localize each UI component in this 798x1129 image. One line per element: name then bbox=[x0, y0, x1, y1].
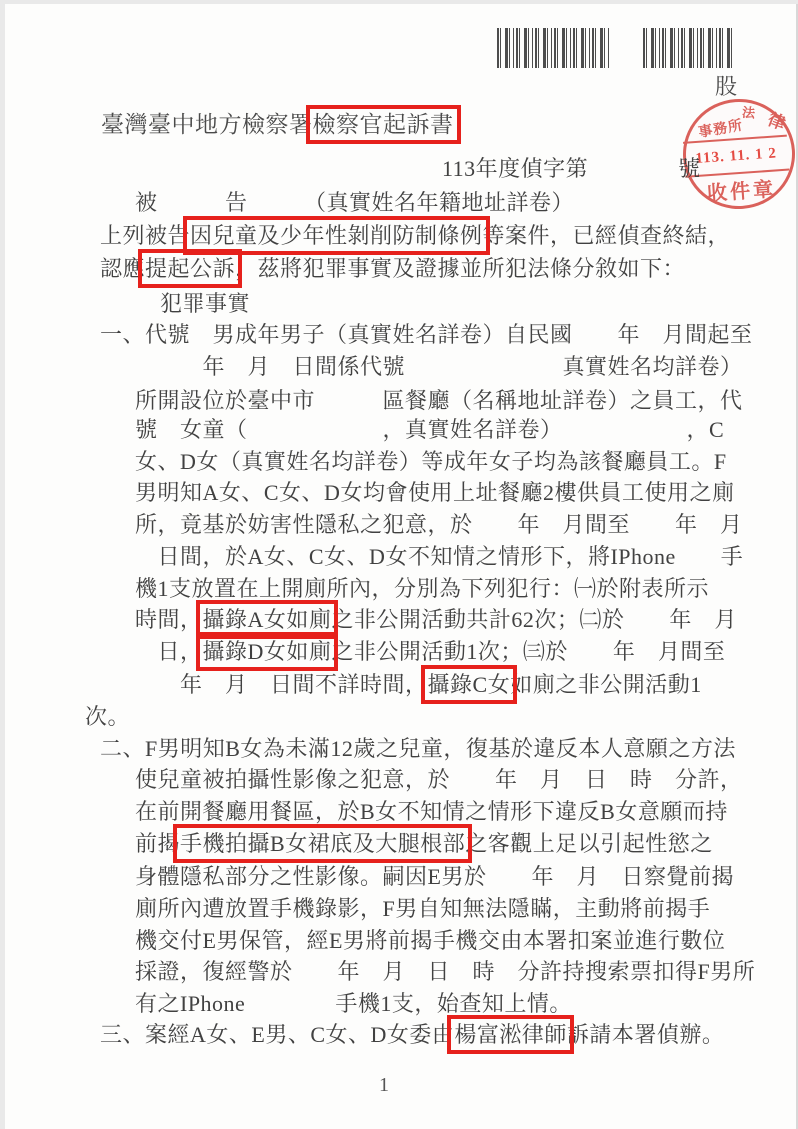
receipt-stamp: 法 事務所 律 113. 11. 1 2 收件章 bbox=[679, 95, 798, 213]
text-line: 號 女童（ ，真實姓名詳卷） ，C bbox=[135, 417, 724, 443]
highlight-box-text: 因兒童及少年性剝削防制條例 bbox=[190, 223, 483, 248]
line-text: 之客觀上足以引起性慾之 bbox=[465, 831, 713, 856]
highlight-box-text: 攝錄A女如廁 bbox=[203, 607, 332, 632]
line-text: 女、D女（真實姓名均詳卷）等成年女子均為該餐廳員工。F bbox=[135, 449, 727, 474]
line-text: 臺灣臺中地方檢察署 bbox=[101, 112, 313, 137]
line-text: 日， bbox=[135, 639, 203, 664]
barcode bbox=[643, 28, 733, 68]
line-text: 在前開餐廳用餐區，於B女不知情之情形下違反B女意願而持 bbox=[135, 799, 728, 824]
assignment-label: 股 bbox=[715, 70, 737, 101]
line-text: 所，竟基於妨害性隱私之犯意，於 年 月間至 年 月 bbox=[135, 512, 743, 537]
line-text: 前揭 bbox=[135, 831, 180, 856]
text-line: 日間，於A女、C女、D女不知情之情形下，將IPhone 手 bbox=[135, 544, 743, 570]
line-text: 機交付E男保管，經E男將前揭手機交由本署扣案並進行數位 bbox=[135, 928, 725, 953]
line-text: 時間， bbox=[135, 607, 203, 632]
stamp-bottom-text: 收件章 bbox=[688, 171, 796, 207]
line-text: 一、代號 男成年男子（真實姓名詳卷）自民國 年 月間起至 bbox=[100, 322, 753, 347]
text-line: 所開設位於臺中市 區餐廳（名稱地址詳卷）之員工，代 bbox=[135, 388, 743, 414]
text-line: 犯罪事實 bbox=[160, 291, 250, 317]
text-line: 機交付E男保管，經E男將前揭手機交由本署扣案並進行數位 bbox=[135, 928, 725, 954]
line-text: 年 月 日間不詳時間， bbox=[135, 672, 428, 697]
line-text: 之非公開活動共計62次；㈡於 年 月 bbox=[331, 607, 737, 632]
text-line: 二、F男明知B女為未滿12歲之兒童，復基於違反本人意願之方法 bbox=[100, 736, 736, 762]
highlight-box-text: 攝錄C女 bbox=[428, 672, 511, 697]
line-text: 身體隱私部分之性影像。嗣因E男於 年 月 日察覺前揭 bbox=[135, 864, 734, 889]
text-line: 前揭手機拍攝B女裙底及大腿根部之客觀上足以引起性慾之 bbox=[135, 831, 713, 857]
text-line: 使兒童被拍攝性影像之犯意，於 年 月 日 時 分許， bbox=[135, 767, 743, 793]
line-text: 有之IPhone 手機1支，始查知上情。 bbox=[135, 991, 572, 1016]
text-line: 廁所內遭放置手機錄影，F男自知無法隱瞞，主動將前揭手 bbox=[135, 896, 710, 922]
text-line: 年 月 日間係代號 真實姓名均詳卷） bbox=[135, 354, 743, 380]
line-text: 機1支放置在上開廁所內，分別為下列犯行：㈠於附表所示 bbox=[135, 576, 709, 601]
text-line: 被 告 （真實姓名年籍地址詳卷） bbox=[135, 190, 574, 216]
line-text: ，茲將犯罪事實及證據並所犯法條分敘如下： bbox=[235, 256, 685, 281]
line-text: 被 告 （真實姓名年籍地址詳卷） bbox=[135, 190, 574, 215]
line-text: 廁所內遭放置手機錄影，F男自知無法隱瞞，主動將前揭手 bbox=[135, 896, 710, 921]
line-text: 號 女童（ ，真實姓名詳卷） ，C bbox=[135, 417, 724, 442]
text-line: 一、代號 男成年男子（真實姓名詳卷）自民國 年 月間起至 bbox=[100, 322, 753, 348]
line-text: 年 月 日間係代號 真實姓名均詳卷） bbox=[135, 354, 743, 379]
highlight-box-text: 手機拍攝B女裙底及大腿根部 bbox=[180, 831, 465, 856]
line-text: 如廁之非公開活動1 bbox=[510, 672, 702, 697]
text-line: 女、D女（真實姓名均詳卷）等成年女子均為該餐廳員工。F bbox=[135, 449, 727, 475]
highlight-box-text: 提起公訴 bbox=[145, 256, 235, 281]
highlight-box-text: 攝錄D女如廁 bbox=[203, 639, 332, 664]
line-text: 上列被告 bbox=[100, 223, 190, 248]
line-text: 113年度偵字第 號 bbox=[442, 156, 701, 181]
highlight-box-text: 檢察官起訴書 bbox=[313, 112, 454, 137]
line-text: 次。 bbox=[85, 704, 130, 729]
line-text: 之非公開活動1次；㈢於 年 月間至 bbox=[331, 639, 725, 664]
text-line: 三、案經A女、E男、C女、D女委由楊富淞律師訴請本署偵辦。 bbox=[100, 1022, 724, 1048]
text-line: 所，竟基於妨害性隱私之犯意，於 年 月間至 年 月 bbox=[135, 512, 743, 538]
text-line: 日，攝錄D女如廁之非公開活動1次；㈢於 年 月間至 bbox=[135, 639, 725, 665]
line-text: 男明知A女、C女、D女均會使用上址餐廳2樓供員工使用之廁 bbox=[135, 480, 734, 505]
line-text: 日間，於A女、C女、D女不知情之情形下，將IPhone 手 bbox=[135, 544, 743, 569]
line-text: 訴請本署偵辦。 bbox=[567, 1022, 725, 1047]
text-line: 時間，攝錄A女如廁之非公開活動共計62次；㈡於 年 月 bbox=[135, 607, 737, 633]
text-line: 113年度偵字第 號 bbox=[442, 156, 701, 182]
text-line: 年 月 日間不詳時間，攝錄C女如廁之非公開活動1 bbox=[135, 672, 702, 698]
text-line: 採證，復經警於 年 月 日 時 分許持搜索票扣得F男所 bbox=[135, 959, 755, 985]
text-line: 男明知A女、C女、D女均會使用上址餐廳2樓供員工使用之廁 bbox=[135, 480, 734, 506]
line-text: 三、案經A女、E男、C女、D女委由 bbox=[100, 1022, 454, 1047]
text-line: 臺灣臺中地方檢察署檢察官起訴書 bbox=[101, 112, 454, 138]
line-text: 二、F男明知B女為未滿12歲之兒童，復基於違反本人意願之方法 bbox=[100, 736, 736, 761]
text-line: 次。 bbox=[85, 704, 130, 730]
page-number: 1 bbox=[379, 1074, 389, 1097]
text-line: 上列被告因兒童及少年性剝削防制條例等案件，已經偵查終結， bbox=[100, 223, 730, 249]
barcode bbox=[497, 28, 610, 68]
line-text: 犯罪事實 bbox=[160, 291, 250, 316]
stamp-date: 113. 11. 1 2 bbox=[695, 145, 778, 168]
indictment-document: 股 法 事務所 律 113. 11. 1 2 收件章 臺灣臺中地方檢察署檢察官起… bbox=[5, 4, 798, 1129]
highlight-box-text: 楊富淞律師 bbox=[454, 1022, 567, 1047]
stamp-arc-text: 法 bbox=[741, 102, 755, 122]
text-line: 認應提起公訴，茲將犯罪事實及證據並所犯法條分敘如下： bbox=[100, 256, 685, 282]
text-line: 身體隱私部分之性影像。嗣因E男於 年 月 日察覺前揭 bbox=[135, 864, 734, 890]
line-text: 等案件，已經偵查終結， bbox=[483, 223, 731, 248]
stamp-seal-glyph: 律 bbox=[765, 105, 790, 134]
line-text: 認應 bbox=[100, 256, 145, 281]
line-text: 使兒童被拍攝性影像之犯意，於 年 月 日 時 分許， bbox=[135, 767, 743, 792]
line-text: 所開設位於臺中市 區餐廳（名稱地址詳卷）之員工，代 bbox=[135, 388, 743, 413]
text-line: 在前開餐廳用餐區，於B女不知情之情形下違反B女意願而持 bbox=[135, 799, 728, 825]
text-line: 機1支放置在上開廁所內，分別為下列犯行：㈠於附表所示 bbox=[135, 576, 709, 602]
line-text: 採證，復經警於 年 月 日 時 分許持搜索票扣得F男所 bbox=[135, 959, 755, 984]
text-line: 有之IPhone 手機1支，始查知上情。 bbox=[135, 991, 572, 1017]
